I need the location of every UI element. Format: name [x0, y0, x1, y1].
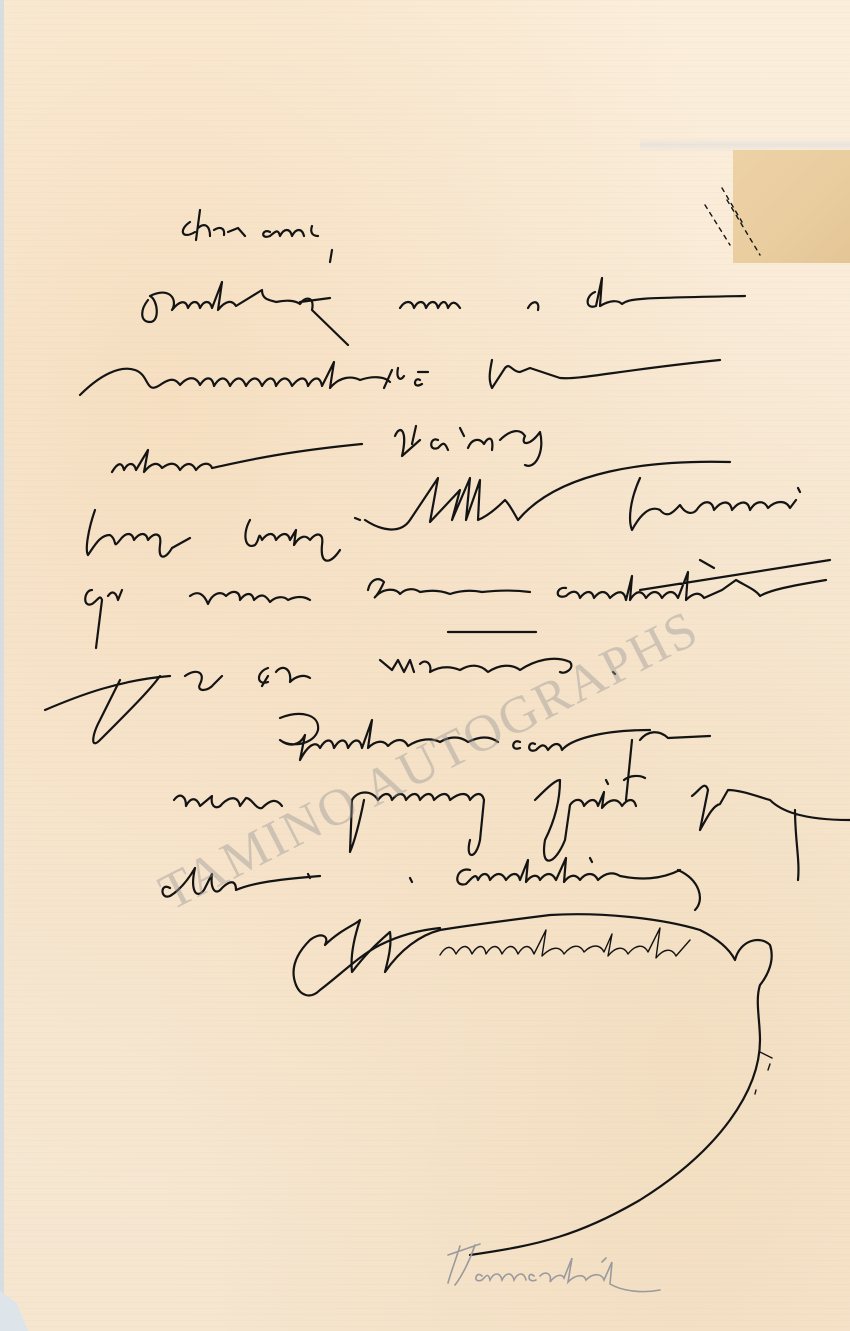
pencil-annotation-stroke — [0, 0, 850, 1331]
pencil-note: Vaucorbeil — [440, 1243, 601, 1278]
